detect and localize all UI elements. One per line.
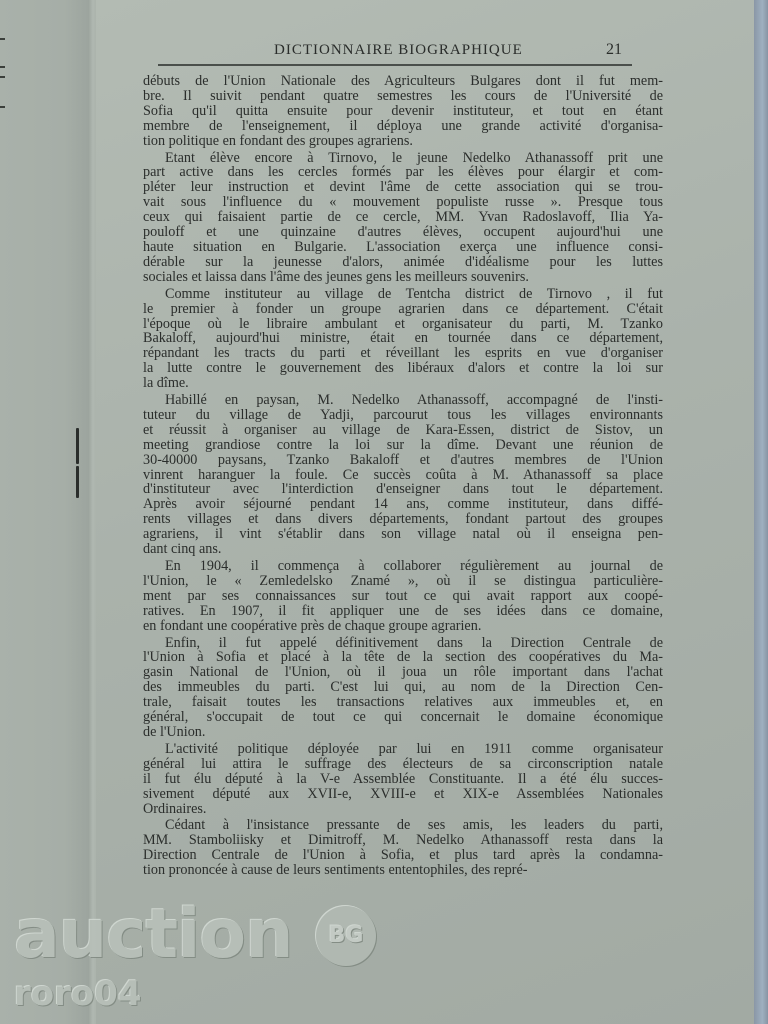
text-line: le premier à fonder un groupe agrarien d…: [143, 302, 663, 317]
text-line: membre de l'enseignement, il déploya une…: [143, 119, 663, 134]
text-line: ratives. En 1907, il fit appliquer une d…: [143, 604, 663, 619]
paragraph: Comme instituteur au village de Tentcha …: [143, 287, 663, 391]
text-line: général lui attira le suffrage des élect…: [143, 757, 663, 772]
running-title: DICTIONNAIRE BIOGRAPHIQUE: [274, 42, 523, 59]
text-line: part active dans les cercles formés par …: [143, 165, 663, 180]
text-line: Enfin, il fut appelé définitivement dans…: [143, 636, 663, 651]
text-line: agrariens, il vint s'établir dans son vi…: [143, 527, 663, 542]
text-line: la lutte contre le gouvernement des libé…: [143, 361, 663, 376]
text-line: la dîme.: [143, 376, 663, 391]
text-line: l'époque où le libraire ambulant et orga…: [143, 317, 663, 332]
text-line: rents villages et dans divers départemen…: [143, 512, 663, 527]
text-line: d'instituteur avec l'interdiction d'ense…: [143, 482, 663, 497]
watermark-brand: auction: [14, 900, 293, 970]
text-line: tuteur du village de Yadji, parcourut to…: [143, 408, 663, 423]
text-line: répandant les tracts du parti et réveill…: [143, 346, 663, 361]
text-line: l'Union, le « Zemledelsko Znamé », où il…: [143, 574, 663, 589]
text-line: meeting grandiose contre la loi sur la d…: [143, 438, 663, 453]
paragraph: L'activité politique déployée par lui en…: [143, 742, 663, 817]
paragraph: Etant élève encore à Tirnovo, le jeune N…: [143, 151, 663, 285]
text-line: vinrent haranguer la foule. Ce succès co…: [143, 468, 663, 483]
watermark-badge: BG: [316, 906, 376, 966]
previous-page-text-fragment: [0, 38, 5, 40]
paragraph: Enfin, il fut appelé définitivement dans…: [143, 636, 663, 740]
text-line: sociales et laissa dans l'âme des jeunes…: [143, 270, 663, 285]
text-line: Cédant à l'insistance pressante de ses a…: [143, 818, 663, 833]
running-header: DICTIONNAIRE BIOGRAPHIQUE 21: [158, 42, 632, 66]
page-number: 21: [606, 41, 622, 59]
text-line: général, s'occupait de tout ce qui conce…: [143, 710, 663, 725]
text-line: ment par ses connaissances sur tout ce q…: [143, 589, 663, 604]
text-line: Comme instituteur au village de Tentcha …: [143, 287, 663, 302]
text-line: Sofia qu'il quitta ensuite pour devenir …: [143, 104, 663, 119]
paragraph: Habillé en paysan, M. Nedelko Athanassof…: [143, 393, 663, 557]
text-line: Ordinaires.: [143, 802, 663, 817]
text-line: Habillé en paysan, M. Nedelko Athanassof…: [143, 393, 663, 408]
text-line: Etant élève encore à Tirnovo, le jeune N…: [143, 151, 663, 166]
text-line: et réussit à organiser au village de Kar…: [143, 423, 663, 438]
text-line: des immeubles du parti. C'est lui qui, a…: [143, 680, 663, 695]
previous-page-text-fragment: [0, 106, 5, 108]
text-line: sivement député aux XVII-e, XVIII-e et X…: [143, 787, 663, 802]
binding-stitch: [76, 428, 79, 464]
text-line: l'Union à Sofia et placé à la tête de la…: [143, 650, 663, 665]
text-line: trale, faisait toutes les transactions r…: [143, 695, 663, 710]
text-line: 30-40000 paysans, Tzanko Bakaloff et d'a…: [143, 453, 663, 468]
binding-stitch: [76, 466, 79, 498]
previous-page-edge: [0, 0, 92, 1024]
text-line: L'activité politique déployée par lui en…: [143, 742, 663, 757]
auction-watermark: auction BG roro04: [14, 900, 293, 1014]
text-line: MM. Stamboliisky et Dimitroff, M. Nedelk…: [143, 833, 663, 848]
text-line: dérable sur la jeunesse d'alors, animée …: [143, 255, 663, 270]
text-line: de l'Union.: [143, 725, 663, 740]
paragraph: Cédant à l'insistance pressante de ses a…: [143, 818, 663, 878]
text-line: Direction Centrale de l'Union à Sofia, e…: [143, 848, 663, 863]
text-line: débuts de l'Union Nationale des Agricult…: [143, 74, 663, 89]
text-line: Après avoir séjourné pendant 14 ans, com…: [143, 497, 663, 512]
text-line: gasin National de l'Union, où il joua un…: [143, 665, 663, 680]
body-text: débuts de l'Union Nationale des Agricult…: [143, 74, 663, 880]
text-line: tion politique en fondant des groupes ag…: [143, 134, 663, 149]
watermark-seller: roro04: [14, 974, 293, 1014]
text-line: haute situation en Bulgarie. L'associati…: [143, 240, 663, 255]
text-line: en fondant une coopérative près de chaqu…: [143, 619, 663, 634]
text-line: dant cinq ans.: [143, 542, 663, 557]
paragraph: débuts de l'Union Nationale des Agricult…: [143, 74, 663, 149]
previous-page-text-fragment: [0, 76, 5, 78]
text-line: tion prononcée à cause de leurs sentimen…: [143, 863, 663, 878]
text-line: pouloff et une quinzaine d'autres élèves…: [143, 225, 663, 240]
paragraph: En 1904, il commença à collaborer réguli…: [143, 559, 663, 634]
text-line: En 1904, il commença à collaborer réguli…: [143, 559, 663, 574]
text-line: pléter leur instruction et devint l'âme …: [143, 180, 663, 195]
text-line: ceux qui faisaient partie de ce cercle, …: [143, 210, 663, 225]
text-line: Bakaloff, aujourd'hui ministre, était en…: [143, 331, 663, 346]
text-line: il fut élu député à la V-e Assemblée Con…: [143, 772, 663, 787]
text-line: bre. Il suivit pendant quatre semestres …: [143, 89, 663, 104]
previous-page-text-fragment: [0, 66, 5, 68]
page-stack-edge: [754, 0, 768, 1024]
text-line: vait sous l'influence du « mouvement pop…: [143, 195, 663, 210]
